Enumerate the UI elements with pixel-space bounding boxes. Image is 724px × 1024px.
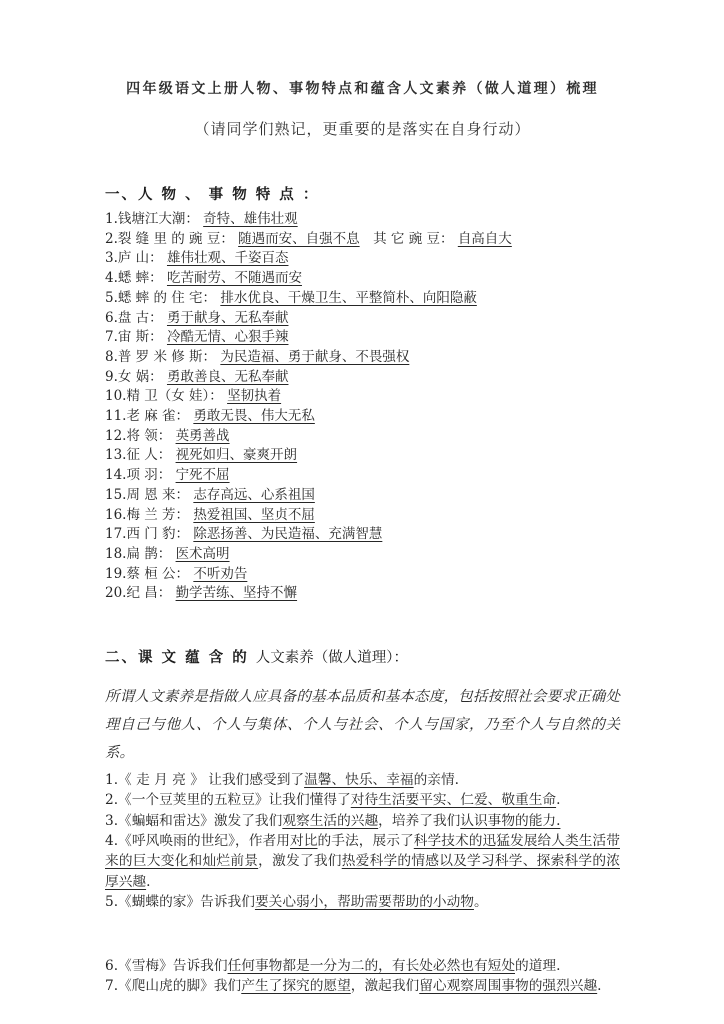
plain-text: 4.《呼风唤雨的世纪》，作者用 [105,833,290,849]
underlined-text: 对待生活要平实、仁爱、敬重生命 [351,792,556,808]
plain-text: 的手法，展示了 [318,833,414,849]
plain-text: 6.《雪梅》告诉我们 [105,958,228,974]
plain-text: 1.钱塘江大潮： [105,211,203,227]
underlined-text: 勇于献身、无私奉献 [167,310,289,326]
list-item: 11.老 麻 雀： 勇敢无畏、伟大无私 [105,407,620,427]
list-item: 20.纪 昌： 勤学苦练、坚持不懈 [105,584,620,604]
plain-text: 5.蟋 蟀 的 住 宅： [105,290,220,306]
plain-text: . [556,792,560,808]
plain-text: 14.项 羽： [105,467,176,483]
list-item: 2.《一个豆荚里的五粒豆》让我们懂得了对待生活要平实、仁爱、敬重生命. [105,790,620,810]
section1-heading: 一、人 物 、 事 物 特 点 ： [105,183,620,204]
plain-text: 1.《 走 月 亮 》 让我们感受到了 [105,772,304,788]
list-item: 6.盘 古： 勇于献身、无私奉献 [105,309,620,329]
list-item: 4.《呼风唤雨的世纪》，作者用对比的手法，展示了科学技术的迅猛发展给人类生活带来… [105,831,620,892]
underlined-text: 排水优良、干燥卫生、平整简朴、向阳隐蔽 [220,290,477,306]
plain-text: 3.《蝙蝠和雷达》激发了我们 [105,813,282,829]
section1-list: 1.钱塘江大潮： 奇特、雄伟壮观2.裂 缝 里 的 豌 豆： 随遇而安、自强不息… [105,210,620,604]
underlined-text: 勇敢善良、无私奉献 [167,369,289,385]
underlined-text: 随遇而安、自强不息 [238,231,360,247]
list-item: 15.周 恩 来： 志存高远、心系祖国 [105,486,620,506]
underlined-text: 志存高远、心系祖国 [193,487,315,503]
list-item: 17.西 门 豹： 除恶扬善、为民造福、充满智慧 [105,525,620,545]
page-subtitle: （请同学们熟记，更重要的是落实在自身行动） [105,118,620,139]
underlined-text: 奇特、雄伟壮观 [203,211,298,227]
document-page: 四年级语文上册人物、事物特点和蕴含人文素养（做人道理）梳理 （请同学们熟记，更重… [0,0,724,1024]
plain-text: 12.将 领： [105,428,176,444]
plain-text: 9.女 娲： [105,369,167,385]
list-item: 5.蟋 蟀 的 住 宅： 排水优良、干燥卫生、平整简朴、向阳隐蔽 [105,289,620,309]
plain-text: 8.普 罗 米 修 斯： [105,349,220,365]
plain-text: ，激起我们 [351,978,419,994]
plain-text: . [597,978,601,994]
list-item: 7.宙 斯： 冷酷无情、心狠手辣 [105,328,620,348]
plain-text: 13.征 人： [105,447,176,463]
list-item: 5.《蝴蝶的家》告诉我们要关心弱小，帮助需要帮助的小动物。 [105,892,620,912]
underlined-text: 除恶扬善、为民造福、充满智慧 [193,526,382,542]
underlined-text: 吃苦耐劳、不随遇而安 [167,270,302,286]
plain-text: ，培养了我们 [378,813,460,829]
list-item: 8.普 罗 米 修 斯： 为民造福、勇于献身、不畏强权 [105,348,620,368]
list-item: 1.《 走 月 亮 》 让我们感受到了温馨、快乐、幸福的亲情. [105,770,620,790]
plain-text: 人文素养（做人道理）： [256,650,408,666]
underlined-text: 不听劝告 [193,566,247,582]
underlined-text: 坚韧执着 [227,388,281,404]
underlined-text: 视死如归、豪爽开朗 [176,447,298,463]
plain-text: 其 它 豌 豆： [360,231,458,247]
underlined-text: 对比 [290,833,318,849]
plain-text: ，激发了我们 [258,853,342,869]
bold-text: 二、课 文 蕴 含 的 [105,649,256,666]
plain-text: 20.纪 昌： [105,585,176,601]
underlined-text: 要关心弱小，帮助需要帮助的小动物 [255,894,474,910]
underlined-text: 认识事物的能力. [460,813,560,829]
plain-text: . [146,874,150,890]
plain-text: 3.庐 山： [105,250,167,266]
list-item: 14.项 羽： 宁死不屈 [105,466,620,486]
underlined-text: 留心观察周围事物的强烈兴趣 [419,978,597,994]
underlined-text: 英勇善战 [176,428,230,444]
list-item: 3.庐 山： 雄伟壮观、千姿百态 [105,249,620,269]
section2-heading: 二、课 文 蕴 含 的 人文素养（做人道理）： [105,646,620,667]
plain-text: 4.蟋 蟀： [105,270,167,286]
section2-paragraph: 所谓人文素养是指做人应具备的基本品质和基本态度，包括按照社会要求正确处理自己与他… [105,683,620,767]
plain-text: 2.裂 缝 里 的 豌 豆： [105,231,238,247]
plain-text: 10.精 卫（女 娃）： [105,388,227,404]
plain-text: 7.宙 斯： [105,329,167,345]
underlined-text: 热爱祖国、坚贞不屈 [193,507,315,523]
underlined-text: 宁死不屈 [176,467,230,483]
section2-list: 1.《 走 月 亮 》 让我们感受到了温馨、快乐、幸福的亲情.2.《一个豆荚里的… [105,770,620,997]
list-item: 6.《雪梅》告诉我们任何事物都是一分为二的，有长处必然也有短处的道理. [105,956,620,976]
plain-text: 19.蔡 桓 公： [105,566,193,582]
underlined-text: 勤学苦练、坚持不懈 [176,585,298,601]
plain-text: 。 [474,894,488,910]
plain-text: 15.周 恩 来： [105,487,193,503]
list-item: 2.裂 缝 里 的 豌 豆： 随遇而安、自强不息 其 它 豌 豆： 自高自大 [105,230,620,250]
list-item: 10.精 卫（女 娃）： 坚韧执着 [105,387,620,407]
underlined-text: 温馨、快乐、幸福 [304,772,414,788]
list-item: 4.蟋 蟀： 吃苦耐劳、不随遇而安 [105,269,620,289]
underlined-text: 医术高明 [176,546,230,562]
plain-text: 11.老 麻 雀： [105,408,193,424]
plain-text: 的亲情. [414,772,459,788]
underlined-text: 任何事物都是一分为二的，有长处必然也有短处 [228,958,515,974]
list-item: 18.扁 鹊： 医术高明 [105,545,620,565]
plain-text: 18.扁 鹊： [105,546,176,562]
page-title: 四年级语文上册人物、事物特点和蕴含人文素养（做人道理）梳理 [105,78,620,98]
plain-text: 2.《一个豆荚里的五粒豆》让我们懂得了 [105,792,351,808]
plain-text: 5.《蝴蝶的家》告诉我们 [105,894,255,910]
list-item: 3.《蝙蝠和雷达》激发了我们观察生活的兴趣，培养了我们认识事物的能力. [105,811,620,831]
plain-text: 6.盘 古： [105,310,167,326]
plain-text: 17.西 门 豹： [105,526,193,542]
underlined-text: 雄伟壮观、千姿百态 [167,250,289,266]
underlined-text: 冷酷无情、心狠手辣 [167,329,289,345]
list-item: 7.《爬山虎的脚》我们产生了探究的愿望，激起我们留心观察周围事物的强烈兴趣. [105,976,620,996]
list-item: 13.征 人： 视死如归、豪爽开朗 [105,446,620,466]
list-item: 1.钱塘江大潮： 奇特、雄伟壮观 [105,210,620,230]
underlined-text: 产生了探究的愿望 [241,978,351,994]
underlined-text: 勇敢无畏、伟大无私 [193,408,315,424]
underlined-text: 自高自大 [458,231,512,247]
list-item: 19.蔡 桓 公： 不听劝告 [105,565,620,585]
list-item: 16.梅 兰 芳： 热爱祖国、坚贞不屈 [105,506,620,526]
plain-text: 16.梅 兰 芳： [105,507,193,523]
plain-text: 的道理. [515,958,560,974]
list-item: 12.将 领： 英勇善战 [105,427,620,447]
plain-text: 7.《爬山虎的脚》我们 [105,978,241,994]
underlined-text: 观察生活的兴趣 [282,813,378,829]
underlined-text: 为民造福、勇于献身、不畏强权 [220,349,409,365]
list-item: 9.女 娲： 勇敢善良、无私奉献 [105,368,620,388]
